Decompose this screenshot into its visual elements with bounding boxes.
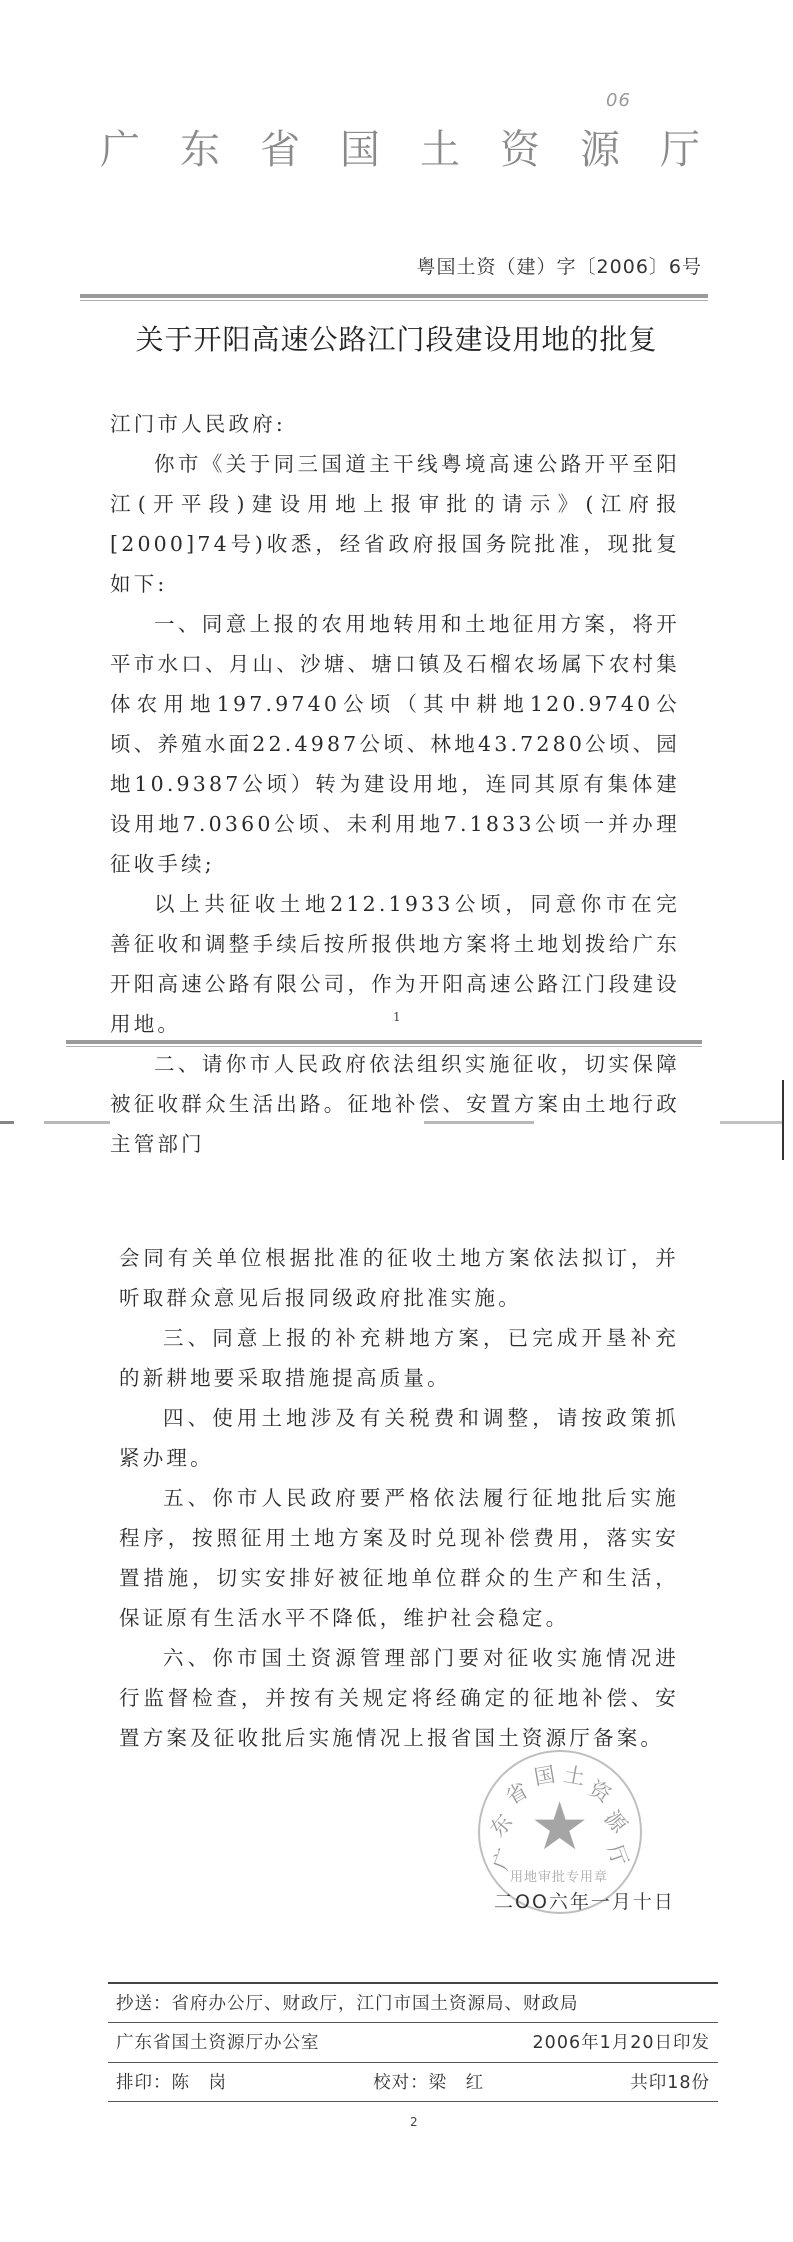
distribution-footer: 抄送：省府办公厅、财政厅，江门市国土资源局、财政局 广东省国土资源厅办公室 20…	[108, 1982, 718, 2102]
scan-edge-mark	[424, 1121, 534, 1124]
proofreader: 校对：梁 红	[373, 2063, 484, 2101]
header-char: 土	[420, 118, 460, 175]
page1-body: 江门市人民政府: 你市《关于同三国道主干线粤境高速公路开平至阳江(开平段)建设用…	[110, 404, 680, 1164]
paragraph: 三、同意上报的补充耕地方案，已完成开垦补充的新耕地要采取措施提高质量。	[119, 1318, 679, 1398]
paragraph: 二、请你市人民政府依法组织实施征收，切实保障被征收群众生活出路。征地补偿、安置方…	[110, 1044, 680, 1164]
issuing-office: 广东省国土资源厅办公室	[116, 2023, 320, 2062]
salutation: 江门市人民政府:	[110, 404, 680, 444]
header-divider	[80, 294, 708, 301]
header-char: 国	[340, 118, 380, 175]
cc-row: 抄送：省府办公厅、财政厅，江门市国土资源局、财政局	[108, 1982, 718, 2022]
handwritten-page-note: 06	[606, 90, 631, 111]
issue-date: 2006年1月20日印发	[533, 2023, 710, 2062]
document-title: 关于开阳高速公路江门段建设用地的批复	[0, 318, 793, 358]
seal-subtext: 用地审批专用章	[510, 1866, 608, 1885]
page-number: 1	[393, 1010, 401, 1024]
copy-count: 共印18份	[630, 2063, 710, 2101]
header-char: 资	[500, 118, 540, 175]
signing-date: 二OO六年一月十日	[494, 1887, 675, 1914]
seal-char: 源	[598, 1803, 634, 1838]
star-icon: ★	[530, 1794, 589, 1860]
paragraph: 四、使用土地涉及有关税费和调整，请按政策抓紧办理。	[119, 1398, 679, 1478]
header-char: 省	[260, 118, 300, 175]
print-row: 排印：陈 岗 校对：梁 红 共印18份	[108, 2062, 718, 2102]
document-number: 粤国土资（建）字〔2006〕6号	[417, 252, 702, 279]
header-char: 厅	[660, 118, 700, 175]
scan-edge-mark	[782, 1080, 784, 1160]
seal-char: 土	[562, 1758, 588, 1791]
seal-char: 省	[500, 1775, 533, 1811]
paragraph: 你市《关于同三国道主干线粤境高速公路开平至阳江(开平段)建设用地上报审批的请示》…	[110, 444, 680, 604]
issue-row: 广东省国土资源厅办公室 2006年1月20日印发	[108, 2022, 718, 2062]
header-char: 广	[100, 118, 140, 175]
scan-edge-mark	[0, 1121, 14, 1124]
scan-edge-mark	[44, 1121, 110, 1124]
header-char: 东	[180, 118, 220, 175]
paragraph: 六、你市国土资源管理部门要对征收实施情况进行监督检查，并按有关规定将经确定的征地…	[119, 1638, 679, 1758]
paragraph: 一、同意上报的农用地转用和土地征用方案，将开平市水口、月山、沙塘、塘口镇及石榴农…	[110, 604, 680, 884]
page1-bottom-divider	[66, 1040, 702, 1047]
issuing-authority-header: 广 东 省 国 土 资 源 厅	[100, 118, 700, 175]
page-number: 2	[410, 2115, 418, 2129]
header-char: 源	[580, 118, 620, 175]
paragraph: 会同有关单位根据批准的征收土地方案依法拟订，并听取群众意见后报同级政府批准实施。	[119, 1238, 679, 1318]
paragraph: 五、你市人民政府要严格依法履行征地批后实施程序，按照征用土地方案及时兑现补偿费用…	[119, 1478, 679, 1638]
typesetter: 排印：陈 岗	[116, 2063, 227, 2101]
page2-body: 会同有关单位根据批准的征收土地方案依法拟订，并听取群众意见后报同级政府批准实施。…	[119, 1238, 679, 1758]
seal-char: 东	[482, 1807, 518, 1842]
scan-edge-mark	[720, 1121, 782, 1124]
cc-list: 抄送：省府办公厅、财政厅，江门市国土资源局、财政局	[116, 1984, 579, 2022]
seal-char: 国	[532, 1758, 558, 1791]
